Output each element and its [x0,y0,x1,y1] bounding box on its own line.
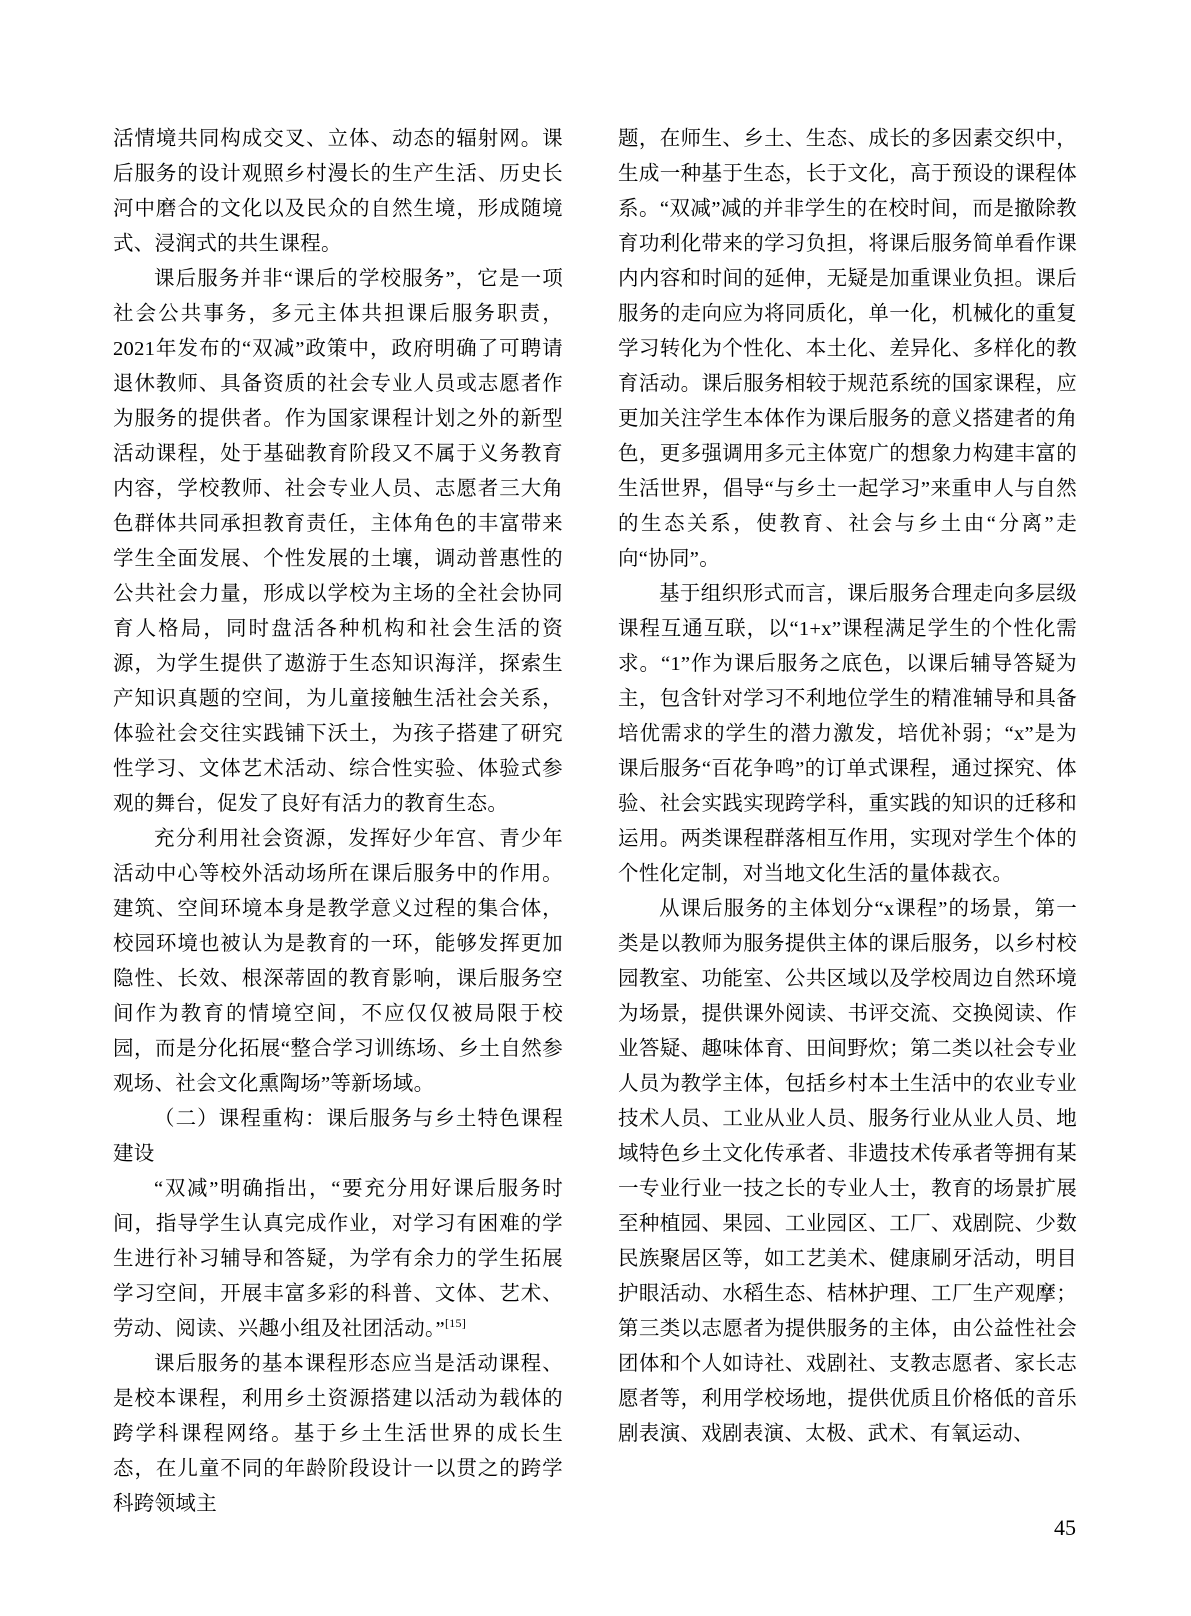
paragraph: 活情境共同构成交叉、立体、动态的辐射网。课后服务的设计观照乡村漫长的生产生活、历… [113,122,563,262]
paragraph: 基于组织形式而言，课后服务合理走向多层级课程互通互联，以“1+x”课程满足学生的… [618,577,1077,892]
paragraph: 从课后服务的主体划分“x课程”的场景，第一类是以教师为服务提供主体的课后服务，以… [618,892,1077,1452]
paragraph: 充分利用社会资源，发挥好少年宫、青少年活动中心等校外活动场所在课后服务中的作用。… [113,822,563,1102]
paragraph: （二）课程重构：课后服务与乡土特色课程建设 [113,1102,563,1172]
text-column-right: 题，在师生、乡土、生态、成长的多因素交织中，生成一种基于生态，长于文化，高于预设… [618,122,1077,1522]
page-body: 活情境共同构成交叉、立体、动态的辐射网。课后服务的设计观照乡村漫长的生产生活、历… [113,122,1077,1522]
paper-page: 活情境共同构成交叉、立体、动态的辐射网。课后服务的设计观照乡村漫长的生产生活、历… [0,0,1191,1616]
page-number: 45 [1045,1514,1085,1542]
paragraph: 课后服务的基本课程形态应当是活动课程、是校本课程，利用乡土资源搭建以活动为载体的… [113,1347,563,1522]
paragraph: “双减”明确指出，“要充分用好课后服务时间，指导学生认真完成作业，对学习有困难的… [113,1172,563,1347]
paragraph: 课后服务并非“课后的学校服务”，它是一项社会公共事务，多元主体共担课后服务职责，… [113,262,563,822]
paragraph: 题，在师生、乡土、生态、成长的多因素交织中，生成一种基于生态，长于文化，高于预设… [618,122,1077,577]
citation-marker: [15] [445,1316,466,1330]
text-column-left: 活情境共同构成交叉、立体、动态的辐射网。课后服务的设计观照乡村漫长的生产生活、历… [113,122,563,1522]
